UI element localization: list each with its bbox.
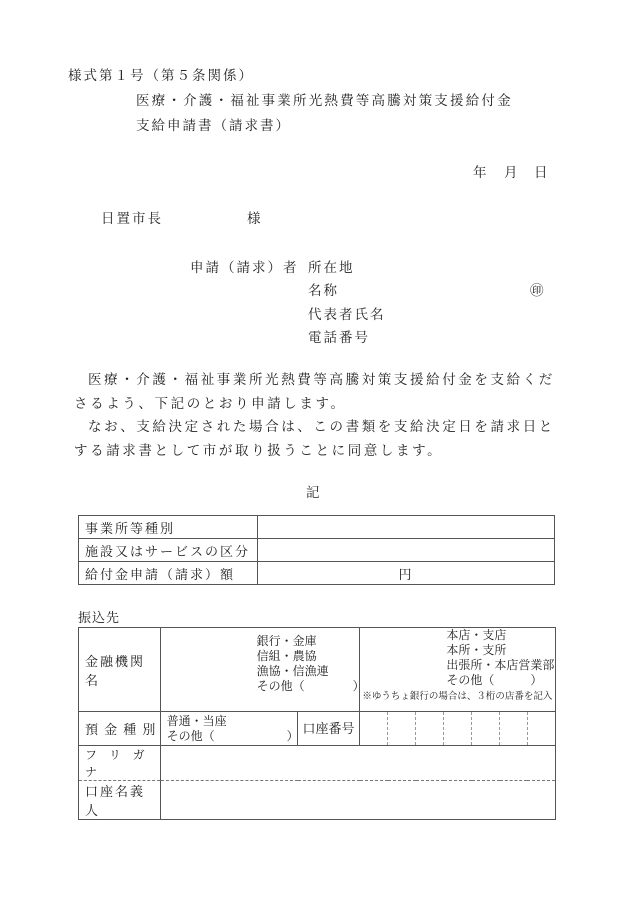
institution-type-3: 漁協・信漁連 bbox=[257, 664, 360, 679]
account-number-label: 口座番号 bbox=[298, 712, 360, 746]
table-row: 施設又はサービスの区分 bbox=[79, 539, 555, 562]
row-label-business-type: 事業所等種別 bbox=[79, 516, 258, 539]
account-digit-5[interactable] bbox=[472, 712, 500, 746]
row-label-service-category: 施設又はサービスの区分 bbox=[79, 539, 258, 562]
body-text: 医療・介護・福祉事業所光熱費等高騰対策支援給付金を支給くださるよう、下記のとおり… bbox=[74, 369, 564, 463]
branch-type-4: その他（ ） bbox=[446, 673, 555, 688]
branch-type-1: 本店・支店 bbox=[446, 628, 555, 643]
ki-heading: 記 bbox=[306, 481, 320, 501]
form-title-line1: 医療・介護・福祉事業所光熱費等高騰対策支援給付金 bbox=[136, 89, 513, 109]
form-title-line2: 支給申請書（請求書） bbox=[136, 114, 291, 134]
deposit-type-1: 普通・当座 bbox=[167, 714, 298, 729]
body-paragraph-1: 医療・介護・福祉事業所光熱費等高騰対策支援給付金を支給くださるよう、下記のとおり… bbox=[74, 369, 564, 416]
applicant-field-representative: 代表者氏名 bbox=[308, 303, 386, 323]
seal-icon: ㊞ bbox=[530, 279, 544, 299]
account-digit-6[interactable] bbox=[500, 712, 528, 746]
form-number: 様式第１号（第５条関係） bbox=[68, 64, 254, 84]
branch-name-field[interactable]: 本店・支店 本所・支所 出張所・本店営業部 その他（ ） ※ゆうちょ銀行の場合は… bbox=[360, 628, 556, 712]
table-row: 金融機関名 銀行・金庫 信組・農協 漁協・信漁連 その他（ ） 本店・支店 本所… bbox=[79, 628, 556, 712]
date-day-label: 日 bbox=[534, 161, 548, 181]
row-label-amount: 給付金申請（請求）額 bbox=[79, 562, 258, 585]
yen-unit: 円 bbox=[398, 568, 413, 583]
amount-field[interactable]: 円 bbox=[258, 562, 555, 585]
account-holder-field[interactable] bbox=[160, 781, 555, 820]
deposit-type-label: 預 金 種 別 bbox=[79, 712, 161, 746]
table-row: 口座名義人 bbox=[79, 781, 556, 820]
branch-type-2: 本所・支所 bbox=[446, 643, 555, 658]
addressee-name: 日置市長 bbox=[101, 207, 163, 227]
service-category-field[interactable] bbox=[258, 539, 555, 562]
date-month-label: 月 bbox=[504, 161, 518, 181]
deposit-type-field[interactable]: 普通・当座 その他（ ） bbox=[160, 712, 298, 746]
table-row: フ リ ガ ナ bbox=[79, 746, 556, 781]
institution-name-field[interactable]: 銀行・金庫 信組・農協 漁協・信漁連 その他（ ） bbox=[160, 628, 360, 712]
table-row: 預 金 種 別 普通・当座 その他（ ） 口座番号 bbox=[79, 712, 556, 746]
account-holder-label: 口座名義人 bbox=[79, 781, 161, 820]
table-row: 給付金申請（請求）額 円 bbox=[79, 562, 555, 585]
table-row: 事業所等種別 bbox=[79, 516, 555, 539]
applicant-field-phone: 電話番号 bbox=[308, 326, 370, 346]
institution-type-2: 信組・農協 bbox=[257, 649, 360, 664]
institution-type-1: 銀行・金庫 bbox=[257, 634, 360, 649]
transfer-table: 金融機関名 銀行・金庫 信組・農協 漁協・信漁連 その他（ ） 本店・支店 本所… bbox=[78, 627, 556, 820]
furigana-label: フ リ ガ ナ bbox=[79, 746, 161, 781]
applicant-field-name: 名称 bbox=[308, 279, 339, 299]
addressee-honorific: 様 bbox=[247, 207, 261, 227]
applicant-field-address: 所在地 bbox=[308, 256, 355, 276]
institution-label: 金融機関名 bbox=[79, 628, 161, 712]
summary-table: 事業所等種別 施設又はサービスの区分 給付金申請（請求）額 円 bbox=[78, 515, 555, 585]
applicant-label: 申請（請求）者 bbox=[190, 256, 299, 276]
institution-type-4: その他（ ） bbox=[257, 679, 360, 694]
date-year-label: 年 bbox=[473, 161, 487, 181]
business-type-field[interactable] bbox=[258, 516, 555, 539]
transfer-heading: 振込先 bbox=[78, 607, 120, 626]
account-digit-3[interactable] bbox=[416, 712, 444, 746]
account-digit-1[interactable] bbox=[360, 712, 388, 746]
deposit-type-2: その他（ ） bbox=[167, 729, 298, 744]
body-paragraph-2: なお、支給決定された場合は、この書類を支給決定日を請求日とする請求書として市が取… bbox=[74, 416, 564, 463]
account-digit-4[interactable] bbox=[444, 712, 472, 746]
account-digit-2[interactable] bbox=[388, 712, 416, 746]
yucho-note: ※ゆうちょ銀行の場合は、３桁の店番を記入 bbox=[362, 688, 555, 702]
account-digit-7[interactable] bbox=[527, 712, 555, 746]
branch-type-3: 出張所・本店営業部 bbox=[446, 658, 555, 673]
furigana-field[interactable] bbox=[160, 746, 555, 781]
